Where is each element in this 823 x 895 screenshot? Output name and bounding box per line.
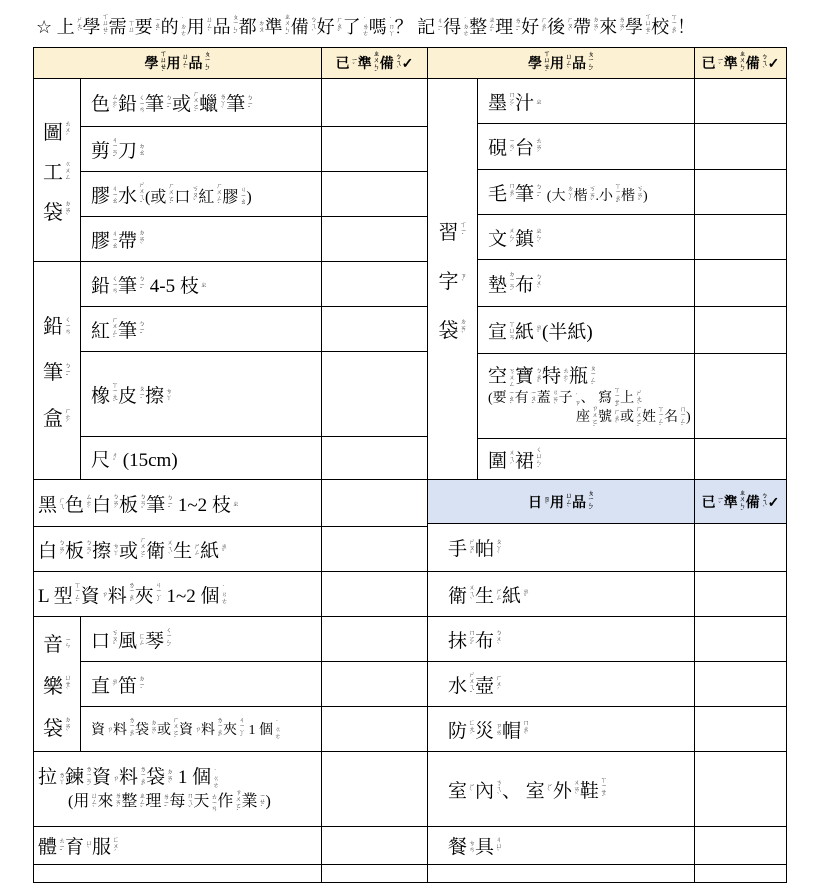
table-row: 膠ㄐㄧㄠ水ㄕㄨㄟˇ(或ㄏㄨㄛˋ口ㄎㄡˇ紅ㄏㄨㄥˊ膠ㄐㄧㄠ)	[34, 172, 428, 217]
item-utensils: 餐ㄘㄢ具ㄐㄩˋ	[428, 827, 695, 865]
item-brush-main: 毛ㄇㄠˊ筆ㄅㄧˇ	[488, 184, 542, 205]
check-cell-pencils	[322, 262, 428, 307]
category-art-bag: 圖ㄊㄨˊ工ㄍㄨㄥ袋ㄉㄞˋ	[34, 79, 81, 262]
check-cell-bottle	[695, 354, 787, 439]
item-brush: 毛ㄇㄠˊ筆ㄅㄧˇ (大ㄉㄚˋ楷ㄎㄞˇ.小ㄒㄧㄠˇ楷ㄎㄞˇ)	[478, 170, 695, 215]
table-row: 圖ㄊㄨˊ工ㄍㄨㄥ袋ㄉㄞˋ 色ㄙㄜˋ鉛ㄑㄧㄢ筆ㄅㄧˇ或ㄏㄨㄛˋ蠟ㄌㄚˋ筆ㄅㄧˇ	[34, 79, 428, 127]
category-calligraphy-bag-label: 習ㄒㄧˊ字ㄗˋ袋ㄉㄞˋ	[428, 216, 477, 343]
item-recorder: 直ㄓˊ笛ㄉㄧˊ	[81, 662, 322, 707]
item-zipper-bag: 拉ㄌㄚ鍊ㄌㄧㄢˋ資ㄗ料ㄌㄧㄠˋ袋ㄉㄞˋ 1 個˙ㄍㄜ (用ㄩㄥˋ來ㄌㄞˊ整ㄓㄥˇ…	[34, 752, 322, 827]
table-row	[428, 865, 787, 883]
item-ink: 墨ㄇㄛˋ汁ㄓ	[478, 79, 695, 124]
item-scissors: 剪ㄐㄧㄢˇ刀ㄉㄠ	[81, 127, 322, 172]
item-whiteboard-marker: 黑ㄏㄟ色ㄙㄜˋ白ㄅㄞˊ板ㄅㄢˇ筆ㄅㄧˇ 1~2 枝ㄓ	[34, 480, 322, 527]
item-pe-uniform: 體ㄊㄧˇ育ㄩˋ服ㄈㄨˊ	[34, 827, 322, 865]
check-cell-melodica	[322, 617, 428, 662]
item-glue-main: 膠ㄐㄧㄠ水ㄕㄨㄟˇ	[91, 186, 145, 207]
item-bottle-main: 空ㄎㄨㄥ寶ㄅㄠˇ特ㄊㄜˋ瓶ㄆㄧㄥˊ	[488, 364, 694, 390]
right-supplies-header: 學ㄒㄩㄝˊ用ㄩㄥˋ品ㄆㄧㄣˇ	[428, 48, 695, 79]
item-xuan-paper: 宣ㄒㄩㄢ紙ㄓˇ(半紙)	[478, 307, 695, 354]
check-cell-ruler	[322, 437, 428, 480]
check-cell-rag	[695, 617, 787, 662]
table-row: 膠ㄐㄧㄠ帶ㄉㄞˋ	[34, 217, 428, 262]
item-zipper-bag-main: 拉ㄌㄚ鍊ㄌㄧㄢˋ資ㄗ料ㄌㄧㄠˋ袋ㄉㄞˋ 1 個˙ㄍㄜ	[38, 765, 321, 791]
check-cell-whiteboard-eraser	[322, 527, 428, 572]
item-bottle-note2: 座ㄗㄨㄛˋ號ㄏㄠˋ或ㄏㄨㄛˋ姓ㄒㄧㄥˋ名ㄇㄧㄥˊ)	[488, 409, 694, 428]
table-row: 手ㄕㄡˇ帕ㄆㄚˋ	[428, 524, 787, 572]
empty-check-cell	[322, 865, 428, 883]
item-glue-note: (或ㄏㄨㄛˋ口ㄎㄡˇ紅ㄏㄨㄥˊ膠ㄐㄧㄠ)	[145, 189, 252, 206]
empty-cell	[428, 865, 695, 883]
check-cell-glue	[322, 172, 428, 217]
item-red-pen: 紅ㄏㄨㄥˊ筆ㄅㄧˇ	[81, 307, 322, 352]
category-pencil-case-label: 鉛ㄑㄧㄢ筆ㄅㄧˇ盒ㄏㄜˊ	[34, 310, 80, 431]
table-row: 室ㄕˋ內ㄋㄟˋ、 室ㄕˋ外ㄨㄞˋ鞋ㄒㄧㄝˊ	[428, 752, 787, 827]
item-colored-pencils: 色ㄙㄜˋ鉛ㄑㄧㄢ筆ㄅㄧˇ或ㄏㄨㄛˋ蠟ㄌㄚˋ筆ㄅㄧˇ	[81, 79, 322, 127]
right-prepared-header: 已ㄧˇ準ㄓㄨㄣˇ備ㄅㄟˋ✓	[695, 48, 787, 79]
table-row	[34, 865, 428, 883]
check-cell-l-folder	[322, 572, 428, 617]
check-cell-apron	[695, 439, 787, 480]
item-apron: 圍ㄨㄟˊ裙ㄑㄩㄣˊ	[478, 439, 695, 480]
item-l-folder: L 型ㄒㄧㄥˊ資ㄗ料ㄌㄧㄠˋ夾ㄐㄧㄚˊ 1~2 個˙ㄍㄜ	[34, 572, 322, 617]
category-music-bag: 音ㄧㄣ樂ㄩㄝˋ袋ㄉㄞˋ	[34, 617, 81, 752]
item-disaster-hat: 防ㄈㄤˊ災ㄗㄞ帽ㄇㄠˋ	[428, 707, 695, 752]
table-row: 水ㄕㄨㄟˇ壺ㄏㄨˊ	[428, 662, 787, 707]
supplies-table-left: 學ㄒㄩㄝˊ用ㄩㄥˋ品ㄆㄧㄣˇ 已ㄧˇ準ㄓㄨㄣˇ備ㄅㄟˋ✓ 圖ㄊㄨˊ工ㄍㄨㄥ袋ㄉㄞ…	[33, 47, 428, 883]
table-row: 白ㄅㄞˊ板ㄅㄢˇ擦ㄘㄚ或ㄏㄨㄛˋ衛ㄨㄟˋ生ㄕㄥ紙ㄓˇ	[34, 527, 428, 572]
check-cell-mat-cloth	[695, 260, 787, 307]
item-tape: 膠ㄐㄧㄠ帶ㄉㄞˋ	[81, 217, 322, 262]
item-mat-cloth: 墊ㄉㄧㄢˋ布ㄅㄨˋ	[478, 260, 695, 307]
table-row: 毛ㄇㄠˊ筆ㄅㄧˇ (大ㄉㄚˋ楷ㄎㄞˇ.小ㄒㄧㄠˇ楷ㄎㄞˇ)	[428, 170, 787, 215]
table-row: 鉛ㄑㄧㄢ筆ㄅㄧˇ盒ㄏㄜˊ 鉛ㄑㄧㄢ筆ㄅㄧˇ 4-5 枝ㄓ	[34, 262, 428, 307]
item-melodica: 口ㄎㄡˇ風ㄈㄥ琴ㄑㄧㄣˊ	[81, 617, 322, 662]
table-row: 剪ㄐㄧㄢˇ刀ㄉㄠ	[34, 127, 428, 172]
item-pencils: 鉛ㄑㄧㄢ筆ㄅㄧˇ 4-5 枝ㄓ	[81, 262, 322, 307]
checklist-tables: 學ㄒㄩㄝˊ用ㄩㄥˋ品ㄆㄧㄣˇ 已ㄧˇ準ㄓㄨㄣˇ備ㄅㄟˋ✓ 圖ㄊㄨˊ工ㄍㄨㄥ袋ㄉㄞ…	[33, 47, 823, 883]
category-calligraphy-bag: 習ㄒㄧˊ字ㄗˋ袋ㄉㄞˋ	[428, 79, 478, 480]
item-water-bottle: 水ㄕㄨㄟˇ壺ㄏㄨˊ	[428, 662, 695, 707]
category-music-bag-label: 音ㄧㄣ樂ㄩㄝˋ袋ㄉㄞˋ	[34, 628, 80, 741]
table-row: 體ㄊㄧˇ育ㄩˋ服ㄈㄨˊ	[34, 827, 428, 865]
check-cell-paperweight	[695, 215, 787, 260]
item-bottle: 空ㄎㄨㄥ寶ㄅㄠˇ特ㄊㄜˋ瓶ㄆㄧㄥˊ (要ㄧㄠˋ有ㄧㄡˇ蓋ㄍㄞˋ子˙ㄗ、 寫ㄒㄧㄝ…	[478, 354, 695, 439]
check-cell-zipper-bag	[322, 752, 428, 827]
empty-cell	[34, 865, 322, 883]
table-row: 抹ㄇㄛˇ布ㄅㄨˋ	[428, 617, 787, 662]
checklist-document: ☆ 上ㄕㄤˋ學ㄒㄩㄝˊ需ㄒㄩ要ㄧㄠˋ的˙ㄉㄜ用ㄩㄥˋ品ㄆㄧㄣˇ都ㄉㄡ準ㄓㄨㄣˇ備…	[0, 0, 823, 895]
table-row: L 型ㄒㄧㄥˊ資ㄗ料ㄌㄧㄠˋ夾ㄐㄧㄚˊ 1~2 個˙ㄍㄜ	[34, 572, 428, 617]
check-cell-red-pen	[322, 307, 428, 352]
left-prepared-header: 已ㄧˇ準ㄓㄨㄣˇ備ㄅㄟˋ✓	[322, 48, 428, 79]
check-cell-disaster-hat	[695, 707, 787, 752]
table-row: 音ㄧㄣ樂ㄩㄝˋ袋ㄉㄞˋ 口ㄎㄡˇ風ㄈㄥ琴ㄑㄧㄣˊ	[34, 617, 428, 662]
check-cell-recorder	[322, 662, 428, 707]
page-title-text: ☆ 上ㄕㄤˋ學ㄒㄩㄝˊ需ㄒㄩ要ㄧㄠˋ的˙ㄉㄜ用ㄩㄥˋ品ㄆㄧㄣˇ都ㄉㄡ準ㄓㄨㄣˇ備…	[36, 17, 695, 37]
item-zipper-bag-note: (用ㄩㄥˋ來ㄌㄞˊ整ㄓㄥˇ理ㄌㄧˇ每ㄇㄟˇ天ㄊㄧㄢ作ㄗㄨㄛˋ業ㄧㄝˋ)	[38, 791, 321, 813]
check-cell-brush	[695, 170, 787, 215]
item-ruler: 尺ㄔˇ (15cm)	[81, 437, 322, 480]
item-whiteboard-eraser: 白ㄅㄞˊ板ㄅㄢˇ擦ㄘㄚ或ㄏㄨㄛˋ衛ㄨㄟˋ生ㄕㄥ紙ㄓˇ	[34, 527, 322, 572]
left-supplies-header: 學ㄒㄩㄝˊ用ㄩㄥˋ品ㄆㄧㄣˇ	[34, 48, 322, 79]
table-row: 黑ㄏㄟ色ㄙㄜˋ白ㄅㄞˊ板ㄅㄢˇ筆ㄅㄧˇ 1~2 枝ㄓ	[34, 480, 428, 527]
item-brush-note: (大ㄉㄚˋ楷ㄎㄞˇ.小ㄒㄧㄠˇ楷ㄎㄞˇ)	[547, 189, 648, 204]
check-cell-tissue	[695, 572, 787, 617]
item-bottle-note1: (要ㄧㄠˋ有ㄧㄡˇ蓋ㄍㄞˋ子˙ㄗ、 寫ㄒㄧㄝˇ上ㄕㄤˋ	[488, 390, 694, 409]
item-folder-or-file: 資ㄗ料ㄌㄧㄠˋ袋ㄉㄞˋ或ㄏㄨㄛˋ資ㄗ料ㄌㄧㄠˋ夾ㄐㄧㄚˊ 1 個˙ㄍㄜ	[81, 707, 322, 752]
item-rag: 抹ㄇㄛˇ布ㄅㄨˋ	[428, 617, 695, 662]
table-row: 橡ㄒㄧㄤˋ皮ㄆㄧˊ擦ㄘㄚ	[34, 352, 428, 437]
table-row: 紅ㄏㄨㄥˊ筆ㄅㄧˇ	[34, 307, 428, 352]
empty-check-cell	[695, 865, 787, 883]
category-art-bag-label: 圖ㄊㄨˊ工ㄍㄨㄥ袋ㄉㄞˋ	[34, 116, 80, 225]
check-cell-handkerchief	[695, 524, 787, 572]
table-row: 文ㄨㄣˊ鎮ㄓㄣˋ	[428, 215, 787, 260]
table-row: 空ㄎㄨㄥ寶ㄅㄠˇ特ㄊㄜˋ瓶ㄆㄧㄥˊ (要ㄧㄠˋ有ㄧㄡˇ蓋ㄍㄞˋ子˙ㄗ、 寫ㄒㄧㄝ…	[428, 354, 787, 439]
check-cell-colored-pencils	[322, 79, 428, 127]
table-row: 衛ㄨㄟˋ生ㄕㄥ紙ㄓˇ	[428, 572, 787, 617]
supplies-table-right: 學ㄒㄩㄝˊ用ㄩㄥˋ品ㄆㄧㄣˇ 已ㄧˇ準ㄓㄨㄣˇ備ㄅㄟˋ✓ 習ㄒㄧˊ字ㄗˋ袋ㄉㄞˋ…	[427, 47, 787, 883]
check-cell-pe-uniform	[322, 827, 428, 865]
item-glue: 膠ㄐㄧㄠ水ㄕㄨㄟˇ(或ㄏㄨㄛˋ口ㄎㄡˇ紅ㄏㄨㄥˊ膠ㄐㄧㄠ)	[81, 172, 322, 217]
table-row: 硯ㄧㄢˋ台ㄊㄞˊ	[428, 124, 787, 170]
table-row: 習ㄒㄧˊ字ㄗˋ袋ㄉㄞˋ 墨ㄇㄛˋ汁ㄓ	[428, 79, 787, 124]
page-title: ☆ 上ㄕㄤˋ學ㄒㄩㄝˊ需ㄒㄩ要ㄧㄠˋ的˙ㄉㄜ用ㄩㄥˋ品ㄆㄧㄣˇ都ㄉㄡ準ㄓㄨㄣˇ備…	[0, 0, 823, 36]
item-inkstone: 硯ㄧㄢˋ台ㄊㄞˊ	[478, 124, 695, 170]
item-indoor-outdoor-shoes: 室ㄕˋ內ㄋㄟˋ、 室ㄕˋ外ㄨㄞˋ鞋ㄒㄧㄝˊ	[428, 752, 695, 827]
check-cell-water-bottle	[695, 662, 787, 707]
category-pencil-case: 鉛ㄑㄧㄢ筆ㄅㄧˇ盒ㄏㄜˊ	[34, 262, 81, 480]
check-cell-whiteboard-marker	[322, 480, 428, 527]
table-row: 尺ㄔˇ (15cm)	[34, 437, 428, 480]
check-cell-scissors	[322, 127, 428, 172]
check-cell-xuan-paper	[695, 307, 787, 354]
table-row: 宣ㄒㄩㄢ紙ㄓˇ(半紙)	[428, 307, 787, 354]
check-cell-ink	[695, 79, 787, 124]
check-cell-inkstone	[695, 124, 787, 170]
check-cell-indoor-outdoor-shoes	[695, 752, 787, 827]
check-cell-eraser	[322, 352, 428, 437]
table-row: 圍ㄨㄟˊ裙ㄑㄩㄣˊ	[428, 439, 787, 480]
item-handkerchief: 手ㄕㄡˇ帕ㄆㄚˋ	[428, 524, 695, 572]
daily-items-header: 日ㄖˋ用ㄩㄥˋ品ㄆㄧㄣˇ	[428, 480, 695, 524]
item-eraser: 橡ㄒㄧㄤˋ皮ㄆㄧˊ擦ㄘㄚ	[81, 352, 322, 437]
check-cell-utensils	[695, 827, 787, 865]
daily-prepared-header: 已ㄧˇ準ㄓㄨㄣˇ備ㄅㄟˋ✓	[695, 480, 787, 524]
table-row: 日ㄖˋ用ㄩㄥˋ品ㄆㄧㄣˇ 已ㄧˇ準ㄓㄨㄣˇ備ㄅㄟˋ✓	[428, 480, 787, 524]
table-row: 直ㄓˊ笛ㄉㄧˊ	[34, 662, 428, 707]
table-row: 餐ㄘㄢ具ㄐㄩˋ	[428, 827, 787, 865]
check-cell-folder-or-file	[322, 707, 428, 752]
table-row: 資ㄗ料ㄌㄧㄠˋ袋ㄉㄞˋ或ㄏㄨㄛˋ資ㄗ料ㄌㄧㄠˋ夾ㄐㄧㄚˊ 1 個˙ㄍㄜ	[34, 707, 428, 752]
item-tissue: 衛ㄨㄟˋ生ㄕㄥ紙ㄓˇ	[428, 572, 695, 617]
item-paperweight: 文ㄨㄣˊ鎮ㄓㄣˋ	[478, 215, 695, 260]
check-cell-tape	[322, 217, 428, 262]
table-row: 拉ㄌㄚ鍊ㄌㄧㄢˋ資ㄗ料ㄌㄧㄠˋ袋ㄉㄞˋ 1 個˙ㄍㄜ (用ㄩㄥˋ來ㄌㄞˊ整ㄓㄥˇ…	[34, 752, 428, 827]
table-row: 墊ㄉㄧㄢˋ布ㄅㄨˋ	[428, 260, 787, 307]
table-row: 防ㄈㄤˊ災ㄗㄞ帽ㄇㄠˋ	[428, 707, 787, 752]
